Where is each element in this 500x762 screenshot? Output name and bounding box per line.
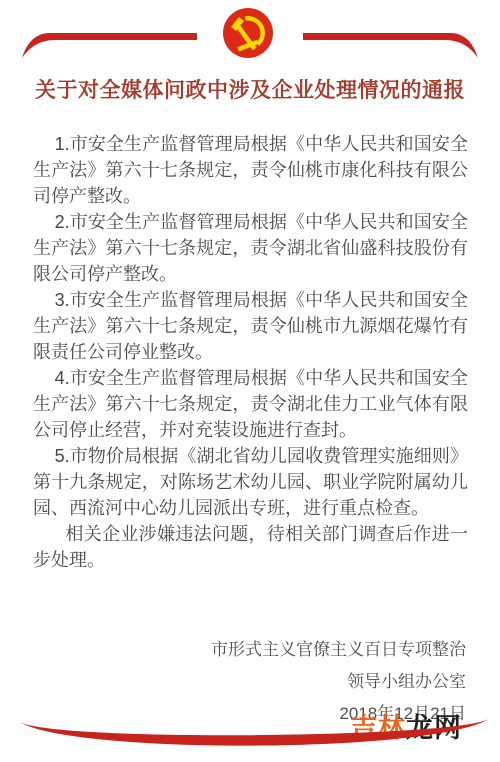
notice-paragraph-4: 4.市安全生产监督管理局根据《中华人民共和国安全生产法》第六十七条规定，责令湖北… xyxy=(33,365,468,443)
notice-paragraph-5: 5.市物价局根据《湖北省幼儿园收费管理实施细则》第十九条规定，对陈场艺术幼儿园、… xyxy=(33,443,468,521)
notice-paragraph-1: 1.市安全生产监督管理局根据《中华人民共和国安全生产法》第六十七条规定，责令仙桃… xyxy=(33,131,468,209)
footer-swoosh xyxy=(20,719,489,746)
notice-paragraph-closing: 相关企业涉嫌违法问题，待相关部门调查后作进一步处理。 xyxy=(33,521,468,573)
signature-org-line2: 领导小组办公室 xyxy=(100,666,466,698)
signature-org-line1: 市形式主义官僚主义百日专项整治 xyxy=(100,634,466,666)
notice-body: 1.市安全生产监督管理局根据《中华人民共和国安全生产法》第六十七条规定，责令仙桃… xyxy=(33,131,468,573)
header-right-swoosh xyxy=(303,33,478,58)
header-left-swoosh xyxy=(22,33,197,58)
header-banner xyxy=(0,0,500,70)
notice-paragraph-3: 3.市安全生产监督管理局根据《中华人民共和国安全生产法》第六十七条规定，责令仙桃… xyxy=(33,287,468,365)
page-title: 关于对全媒体问政中涉及企业处理情况的通报 xyxy=(0,74,500,104)
notice-paragraph-2: 2.市安全生产监督管理局根据《中华人民共和国安全生产法》第六十七条规定，责令湖北… xyxy=(33,209,468,287)
footer-banner xyxy=(0,710,500,762)
notice-page: 关于对全媒体问政中涉及企业处理情况的通报 1.市安全生产监督管理局根据《中华人民… xyxy=(0,0,500,762)
party-emblem-hammer-and-sickle-icon xyxy=(223,8,273,58)
